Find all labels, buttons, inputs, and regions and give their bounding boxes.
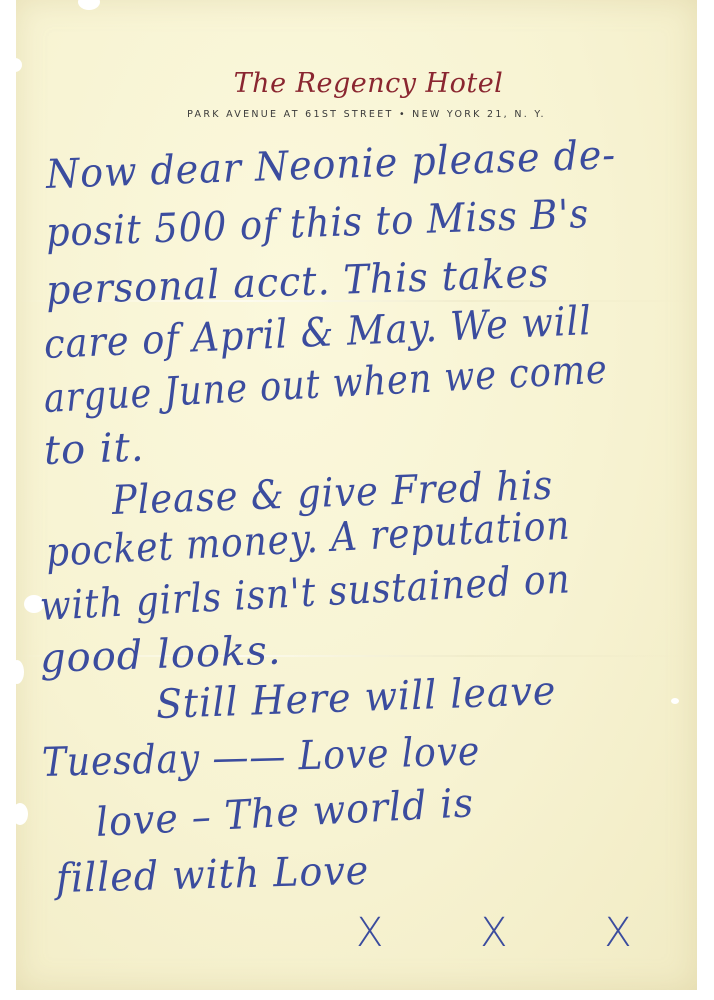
letter-line: filled with Love [55, 848, 369, 902]
letter-line: good looks. [39, 628, 282, 682]
letter-paper: The Regency Hotel PARK AVENUE AT 61ST ST… [16, 0, 697, 990]
letter-line: Still Here will leave [155, 668, 557, 728]
closing-kisses: X X X [356, 910, 674, 956]
hotel-address: PARK AVENUE AT 61ST STREET • NEW YORK 21… [26, 109, 707, 120]
torn-hole [671, 698, 679, 704]
letter-line: love – The world is [95, 780, 475, 846]
letter-line: to it. [43, 425, 145, 474]
hotel-name: The Regency Hotel [28, 68, 709, 99]
torn-hole [12, 803, 28, 825]
letterhead: The Regency Hotel PARK AVENUE AT 61ST ST… [16, 68, 697, 120]
letter-line: posit 500 of this to Miss B's [45, 191, 590, 256]
torn-hole [10, 660, 24, 684]
letter-line: Tuesday —— Love love [41, 729, 480, 786]
letter-line: Now dear Neonie please de- [45, 132, 617, 198]
torn-hole [78, 0, 100, 10]
